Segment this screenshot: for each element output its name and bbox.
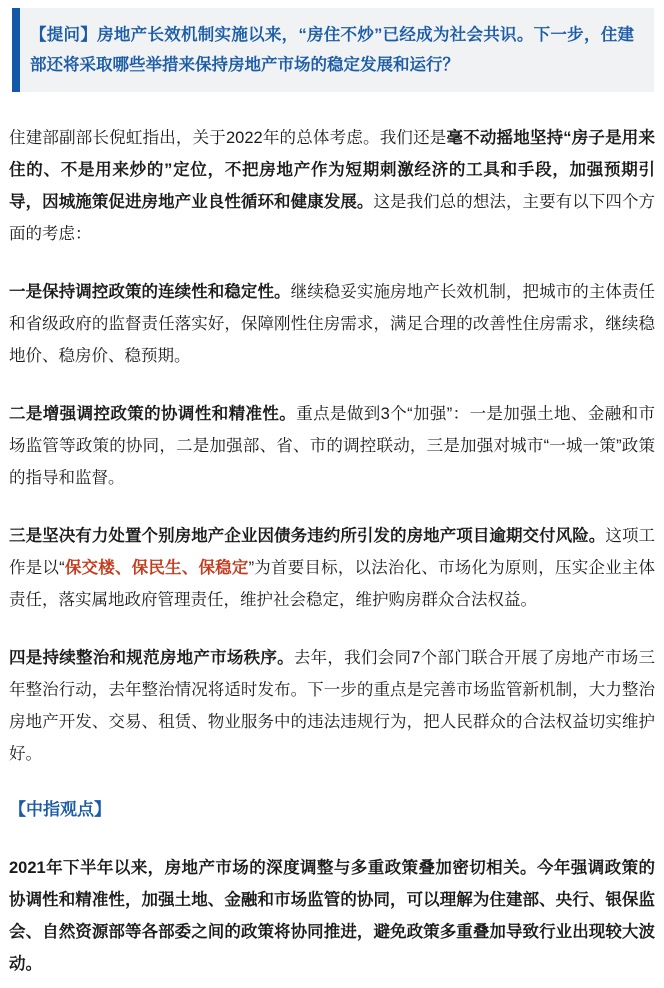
paragraph: 2021年下半年以来，房地产市场的深度调整与多重政策叠加密切相关。今年强调政策的… xyxy=(9,852,655,980)
text-segment: 2021年下半年以来，房地产市场的深度调整与多重政策叠加密切相关。今年强调政策的… xyxy=(9,859,655,973)
question-text: 【提问】房地产长效机制实施以来，“房住不炒”已经成为社会共识。下一步，住建部还将… xyxy=(30,20,634,80)
text-segment: 保交楼、保民生、保稳定 xyxy=(65,559,249,577)
paragraph: 三是坚决有力处置个别房地产企业因债务违约所引发的房地产项目逾期交付风险。这项工作… xyxy=(9,520,655,616)
question-box: 【提问】房地产长效机制实施以来，“房住不炒”已经成为社会共识。下一步，住建部还将… xyxy=(12,8,654,92)
text-segment: 三是坚决有力处置个别房地产企业因债务违约所引发的房地产项目逾期交付风险。 xyxy=(9,527,605,545)
text-segment: 四是持续整治和规范房地产市场秩序。 xyxy=(9,649,294,667)
text-segment: 一是保持调控政策的连续性和稳定性。 xyxy=(9,283,291,301)
text-segment: 二是增强调控政策的协调性和精准性。 xyxy=(9,405,296,423)
paragraph: 一是保持调控政策的连续性和稳定性。继续稳妥实施房地产长效机制，把城市的主体责任和… xyxy=(9,276,655,372)
opinion-heading: 【中指观点】 xyxy=(9,794,655,826)
paragraph: 二是增强调控政策的协调性和精准性。重点是做到3个“加强”：一是加强土地、金融和市… xyxy=(9,398,655,494)
opinion-body: 2021年下半年以来，房地产市场的深度调整与多重政策叠加密切相关。今年强调政策的… xyxy=(0,852,664,980)
paragraph: 四是持续整治和规范房地产市场秩序。去年，我们会同7个部门联合开展了房地产市场三年… xyxy=(9,642,655,770)
article-page: 【提问】房地产长效机制实施以来，“房住不炒”已经成为社会共识。下一步，住建部还将… xyxy=(0,8,664,988)
article-body: 住建部副部长倪虹指出，关于2022年的总体考虑。我们还是毫不动摇地坚持“房子是用… xyxy=(0,122,664,770)
question-accent-bar xyxy=(12,8,20,92)
text-segment: 住建部副部长倪虹指出，关于2022年的总体考虑。我们还是 xyxy=(9,129,446,147)
paragraph: 住建部副部长倪虹指出，关于2022年的总体考虑。我们还是毫不动摇地坚持“房子是用… xyxy=(9,122,655,250)
